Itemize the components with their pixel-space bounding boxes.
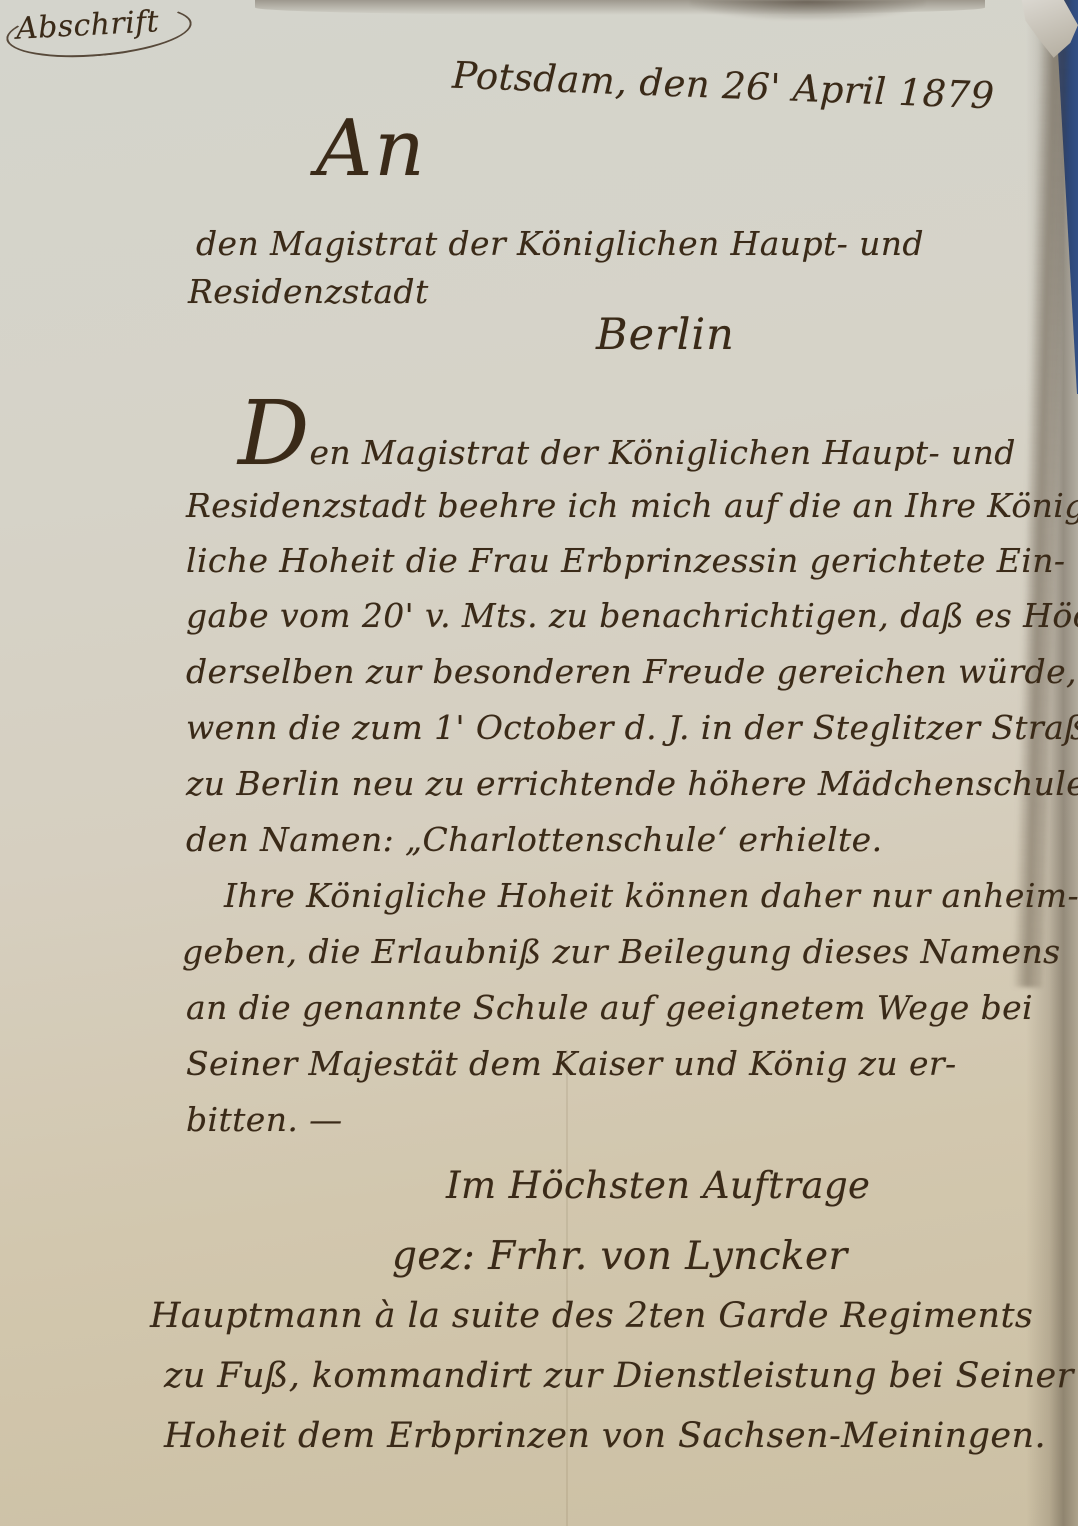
body-line: Den Magistrat der Königlichen Haupt- und: [238, 430, 1016, 472]
recipient-city: Berlin: [596, 310, 735, 360]
body-line: bitten. —: [186, 1100, 343, 1139]
body-line: zu Berlin neu zu errichtende höhere Mädc…: [186, 764, 1078, 803]
salutation-an: An: [316, 104, 427, 194]
body-line: gabe vom 20' v. Mts. zu benachrichtigen,…: [186, 596, 1078, 635]
closing-signature: gez: Frhr. von Lyncker: [392, 1234, 848, 1279]
recipient-line-1: den Magistrat der Königlichen Haupt- und: [196, 224, 924, 263]
body-line: derselben zur besonderen Freude gereiche…: [186, 652, 1077, 691]
body-line: liche Hoheit die Frau Erbprinzessin geri…: [186, 541, 1065, 580]
recipient-line-2: Residenzstadt: [188, 272, 429, 311]
letter-page: Abschrift Potsdam, den 26' April 1879 An…: [0, 0, 1078, 1526]
body-line: Residenzstadt beehre ich mich auf die an…: [186, 486, 1078, 525]
dateline: Potsdam, den 26' April 1879: [451, 54, 995, 118]
signature-title-line: zu Fuß, kommandirt zur Dienstleistung be…: [164, 1356, 1074, 1396]
body-line: den Namen: „Charlottenschule‘ erhielte.: [186, 820, 882, 859]
body-line: Seiner Majestät dem Kaiser und König zu …: [186, 1044, 957, 1083]
signature-title-line: Hoheit dem Erbprinzen von Sachsen-Meinin…: [164, 1416, 1046, 1456]
body-line: geben, die Erlaubniß zur Beilegung diese…: [182, 932, 1060, 971]
annotation-abschrift: Abschrift: [15, 4, 160, 46]
body-line: wenn die zum 1' October d. J. in der Ste…: [186, 708, 1078, 747]
page-top-smudge: [690, 0, 925, 20]
body-line: Ihre Königliche Hoheit können daher nur …: [224, 876, 1078, 915]
body-line: an die genannte Schule auf geeignetem We…: [186, 988, 1033, 1027]
signature-title-line: Hauptmann à la suite des 2ten Garde Regi…: [150, 1296, 1033, 1336]
closing-formula: Im Höchsten Auftrage: [446, 1164, 870, 1207]
